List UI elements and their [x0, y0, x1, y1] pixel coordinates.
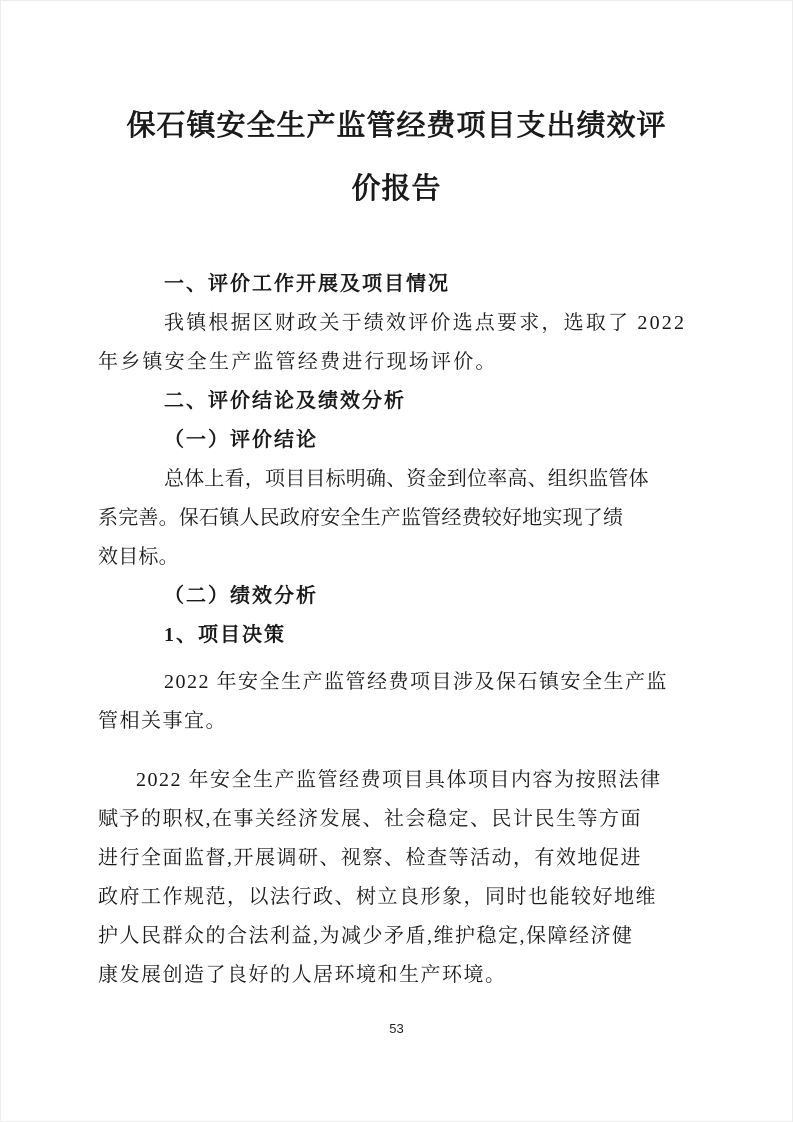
text-line: 管相关事宜。: [98, 702, 752, 741]
text-line: 进行全面监督,开展调研、视察、检查等活动，有效地促进: [98, 839, 752, 878]
document-title: 保石镇安全生产监管经费项目支出绩效评 价报告: [61, 95, 732, 221]
document-title-line-2: 价报告: [61, 158, 732, 221]
document-body: 一、评价工作开展及项目情况 我镇根据区财政关于绩效评价选点要求，选取了 2022…: [1, 265, 792, 995]
heading-sub-2: （二）绩效分析: [98, 577, 752, 616]
text-line: 赋予的职权,在事关经济发展、社会稳定、民计民生等方面: [98, 800, 752, 839]
heading-section-1: 一、评价工作开展及项目情况: [98, 265, 752, 304]
text-line: 系完善。保石镇人民政府安全生产监管经费较好地实现了绩: [98, 499, 752, 538]
paragraph-4: 2022 年安全生产监管经费项目具体项目内容为按照法律 赋予的职权,在事关经济发…: [98, 761, 752, 995]
text-line: 政府工作规范，以法行政、树立良形象，同时也能较好地维: [98, 878, 752, 917]
document-title-line-1: 保石镇安全生产监管经费项目支出绩效评: [61, 95, 732, 158]
text-line: 总体上看，项目目标明确、资金到位率高、组织监管体: [98, 460, 752, 499]
paragraph-1: 我镇根据区财政关于绩效评价选点要求，选取了 2022 年乡镇安全生产监管经费进行…: [98, 304, 752, 382]
text-line: 2022 年安全生产监管经费项目具体项目内容为按照法律: [98, 761, 752, 800]
heading-sub-3: 1、项目决策: [98, 616, 752, 655]
text-line: 护人民群众的合法利益,为减少矛盾,维护稳定,保障经济健: [98, 917, 752, 956]
page-number: 53: [1, 1021, 792, 1036]
text-line: 2022 年安全生产监管经费项目涉及保石镇安全生产监: [98, 663, 752, 702]
paragraph-3: 2022 年安全生产监管经费项目涉及保石镇安全生产监 管相关事宜。: [98, 663, 752, 741]
text-line: 我镇根据区财政关于绩效评价选点要求，选取了 2022: [98, 304, 752, 343]
document-page: 保石镇安全生产监管经费项目支出绩效评 价报告 一、评价工作开展及项目情况 我镇根…: [0, 0, 793, 1122]
text-line: 康发展创造了良好的人居环境和生产环境。: [98, 956, 752, 995]
heading-section-2: 二、评价结论及绩效分析: [98, 382, 752, 421]
text-line: 年乡镇安全生产监管经费进行现场评价。: [98, 343, 752, 382]
text-line: 效目标。: [98, 538, 752, 577]
paragraph-2: 总体上看，项目目标明确、资金到位率高、组织监管体 系完善。保石镇人民政府安全生产…: [98, 460, 752, 577]
heading-sub-1: （一）评价结论: [98, 421, 752, 460]
